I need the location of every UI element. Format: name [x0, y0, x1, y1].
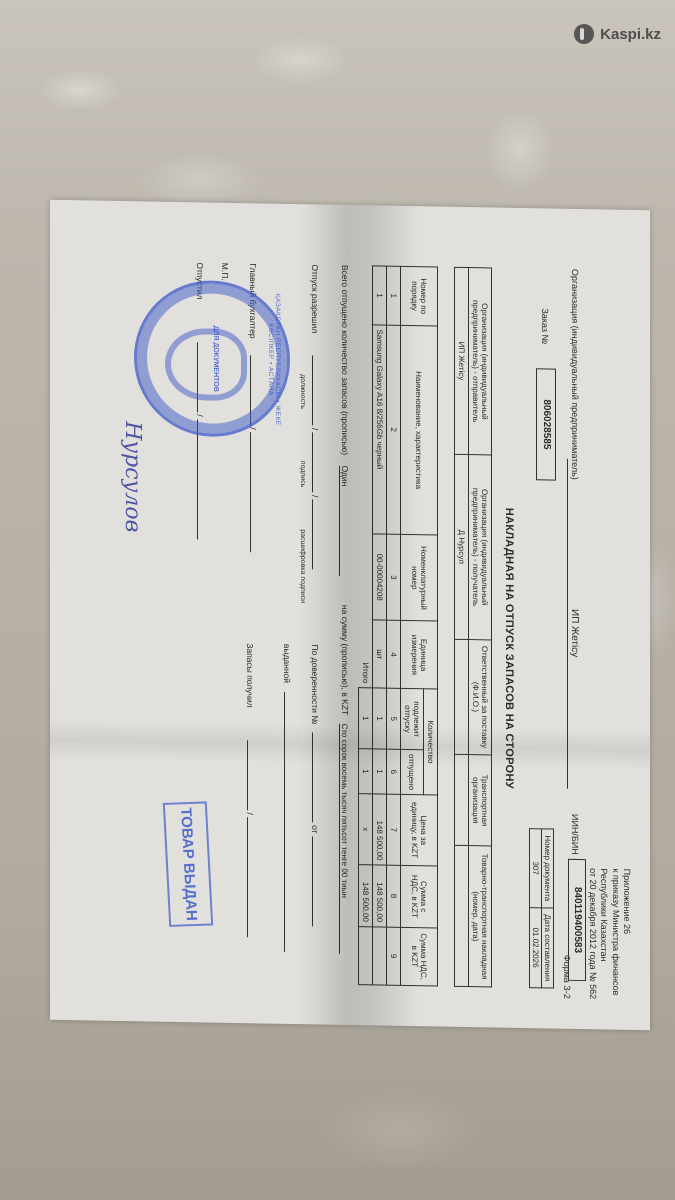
row-released: 1: [373, 749, 387, 794]
total-sum-label: на сумму (прописью), в KZT: [340, 605, 350, 715]
total-qty-label: Всего отпущено количество запасов (пропи…: [340, 265, 350, 455]
total-sum-words: Сто сорок восемь тысяч пятьсот тенге 00 …: [339, 723, 349, 953]
stamp-place-label: М.П.: [220, 263, 230, 281]
waybill-document: Приложение 26 к приказу Министра финансо…: [50, 200, 650, 1030]
decode-label: расшифровка подписи: [299, 529, 306, 603]
col-qty-header: Количество: [424, 689, 438, 795]
handwritten-signature: Нурсулов: [120, 421, 145, 533]
kaspi-logo-icon: [574, 24, 594, 44]
column-numbers-row: 1 2 3 4 5 6 7 8 9: [387, 266, 401, 985]
goods-issued-stamp: ТОВАР ВЫДАН: [163, 801, 213, 926]
signature-label: подпись: [299, 461, 306, 488]
bin-label: ИИН/БИН: [570, 814, 580, 855]
total-qty-line: Всего отпущено количество запасов (пропи…: [339, 265, 350, 576]
col-unit-header: Единица измерения: [401, 621, 438, 689]
note-line: Республики Казахстан: [598, 868, 609, 999]
paper-fold: [50, 720, 650, 770]
kaspi-watermark: Kaspi.kz: [574, 24, 661, 44]
total-released: 1: [359, 749, 373, 794]
table-row: 1 Samsung Galaxy A16 8/256Gb черный 00-0…: [373, 266, 387, 985]
row-to-release: 1: [373, 688, 387, 749]
release-allowed-label: Отпуск разрешил: [310, 264, 320, 333]
row-unit: шт: [373, 620, 387, 688]
order-number: 806028585: [536, 368, 556, 480]
col-name-header: Наименование, характеристика: [401, 325, 438, 535]
seal-ornament-icon: [165, 328, 247, 401]
col-number: 6: [387, 749, 401, 794]
col-number: 3: [387, 534, 401, 621]
from-label: от: [310, 825, 320, 834]
organization-label: Организация (индивидуальный предпринимат…: [570, 269, 580, 480]
official-seal-stamp: ҚАЗАҚСТАН РЕСПУБЛИКАСЫ • ЖЕКЕ КӘСІПКЕР •…: [134, 279, 290, 438]
parties-table: Организация (индивидуальный предпринимат…: [454, 267, 492, 988]
issued-line: выданной: [282, 644, 292, 952]
col-price-header: Цена за единицу, в KZT: [401, 794, 438, 866]
issued-label: выданной: [282, 644, 292, 683]
doc-number-value: 307: [530, 829, 542, 908]
row-code: 00-00004208: [373, 534, 387, 621]
doc-date-value: 01.02.2026: [530, 907, 542, 987]
sender-value: ИП Жетісу: [455, 267, 469, 454]
waybill-value: [455, 846, 469, 987]
order-label: Заказ №: [540, 308, 550, 344]
doc-date-label: Дата составления: [542, 908, 554, 988]
col-code-header: Номенклатурный номер: [401, 534, 438, 621]
received-label: Запасы получил: [245, 643, 255, 708]
col-number: 5: [387, 688, 401, 749]
note-line: к приказу Министра финансов: [610, 868, 621, 999]
responsible-header: Ответственный за поставку (Ф.И.О.): [469, 639, 492, 755]
total-price: x: [359, 794, 373, 865]
total-to-release: 1: [359, 688, 373, 749]
col-to-release-header: подлежит отпуску: [401, 689, 424, 750]
document-number-table: Номер документа Дата составления 307 01.…: [529, 828, 554, 988]
col-number: 8: [387, 865, 401, 927]
waybill-header: Товарно-транспортная накладная (номер, д…: [469, 846, 492, 987]
received-line: Запасы получил /: [245, 643, 255, 937]
row-no: 1: [373, 266, 387, 325]
organization-value: ИП Жетісу: [569, 609, 580, 657]
sender-header: Организация (индивидуальный предпринимат…: [469, 268, 492, 456]
transport-value: [455, 754, 469, 846]
receiver-value: Д Нурсул: [455, 454, 469, 639]
col-number: 4: [387, 621, 401, 689]
row-sum: 148 500,00: [373, 865, 387, 927]
regulation-note: Приложение 26 к приказу Министра финансо…: [587, 868, 632, 1000]
row-vat: [373, 927, 387, 986]
col-no-header: Номер по порядку: [401, 266, 438, 326]
col-number: 1: [387, 266, 401, 325]
total-vat: [359, 926, 373, 985]
row-price: 148 500,00: [373, 794, 387, 865]
total-sum: 148 500,00: [359, 865, 373, 927]
note-line: Приложение 26: [621, 869, 632, 1000]
total-label: Итого: [359, 266, 373, 688]
note-line: от 20 декабря 2012 года № 562: [587, 868, 598, 999]
power-of-attorney-label: По доверенности №: [310, 644, 320, 724]
col-number: 2: [387, 325, 401, 534]
doc-number-label: Номер документа: [542, 829, 554, 908]
total-qty-value: Один: [339, 465, 350, 575]
col-released-header: отпущено: [401, 749, 424, 794]
total-sum-line: на сумму (прописью), в KZT Сто сорок вос…: [339, 605, 350, 954]
row-name: Samsung Galaxy A16 8/256Gb черный: [373, 325, 387, 534]
seal-ring-text: ҚАЗАҚСТАН РЕСПУБЛИКАСЫ • ЖЕКЕ КӘСІПКЕР •…: [267, 285, 281, 435]
release-sub-labels: должность подпись расшифровка подписи: [299, 374, 306, 603]
goods-table: Номер по порядку Наименование, характери…: [358, 265, 438, 986]
col-vat-header: Сумма НДС, в KZT: [401, 927, 438, 986]
total-row: Итого 1 1 x 148 500,00: [359, 266, 373, 985]
document-title: НАКЛАДНАЯ НА ОТПУСК ЗАПАСОВ НА СТОРОНУ: [503, 508, 515, 789]
organization-underline: [567, 459, 568, 789]
bin-value: 840119400583: [568, 859, 586, 981]
seal-center-text: ДЛЯ ДОКУМЕНТОВ: [212, 284, 219, 434]
responsible-value: [455, 639, 469, 755]
watermark-text: Kaspi.kz: [600, 26, 661, 43]
col-number: 7: [387, 794, 401, 865]
receiver-header: Организация (индивидуальный предпринимат…: [469, 455, 492, 640]
transport-header: Транспортная организация: [469, 754, 492, 846]
release-allowed-line: Отпуск разрешил / /: [310, 264, 320, 570]
col-number: 9: [387, 927, 401, 986]
col-sum-header: Сумма с НДС, в KZT: [401, 865, 438, 927]
position-label: должность: [299, 374, 306, 409]
power-of-attorney-line: По доверенности № от: [310, 644, 320, 926]
